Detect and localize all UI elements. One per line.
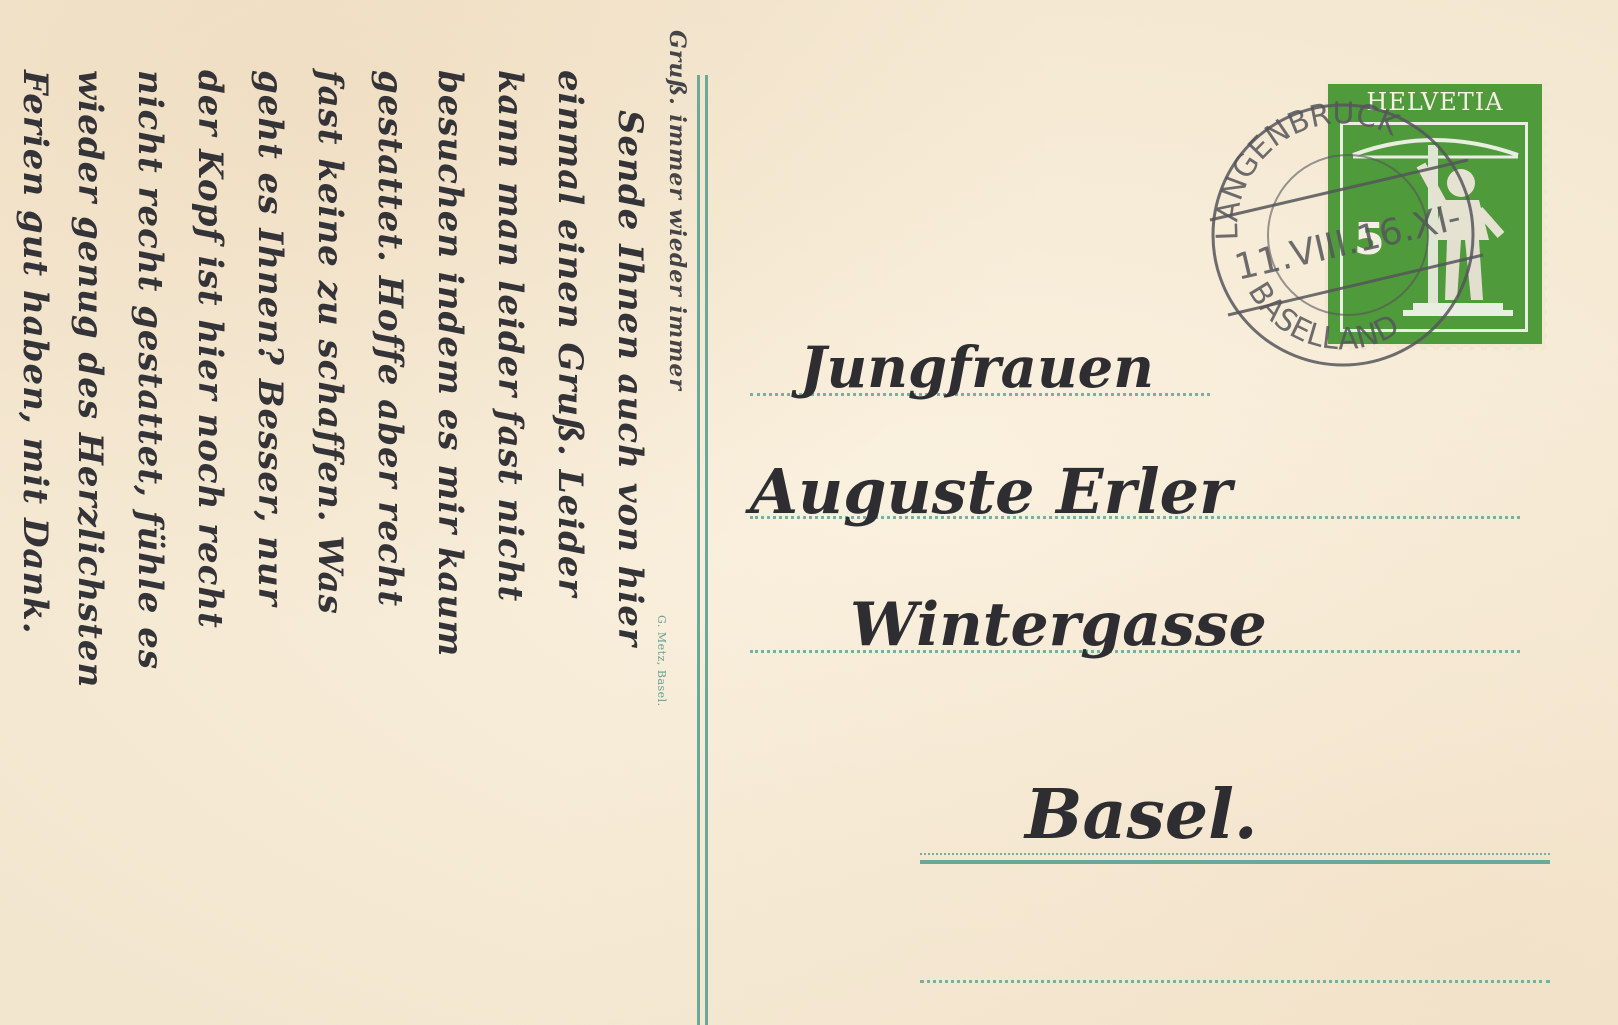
postmark-date: 11.VIII.16.XI- xyxy=(1231,197,1465,289)
address-rule xyxy=(920,980,1550,983)
message-column: besuchen indem es mir kaum xyxy=(430,70,470,657)
address-line-name: Auguste Erler xyxy=(750,455,1232,528)
message-top-line: Gruß. immer wieder immer xyxy=(664,30,690,391)
message-column: kann man leider fast nicht xyxy=(490,70,530,602)
message-column: wieder genug des Herzlichsten xyxy=(70,70,110,688)
message-column: der Kopf ist hier noch recht xyxy=(190,70,230,629)
address-rule-solid xyxy=(920,860,1550,864)
postcard: Gruß. immer wieder immer Sende Ihnen auc… xyxy=(0,0,1618,1025)
postmark-region: BASELLAND xyxy=(1241,276,1405,357)
message-column: einmal einen Gruß. Leider xyxy=(550,70,590,597)
message-column: gestattet. Hoffe aber recht xyxy=(370,70,410,607)
address-line-city: Basel. xyxy=(1025,775,1258,855)
message-column: Ferien gut haben, mit Dank. xyxy=(15,70,55,635)
center-divider xyxy=(697,75,708,1025)
message-column: nicht recht gestattet, fühle es xyxy=(130,70,170,670)
message-column: geht es Ihnen? Besser, nur xyxy=(250,70,290,606)
postmark-cancel: LANGENBRUCK BASELLAND 11.VIII.16.XI- xyxy=(1198,90,1488,380)
address-line-title: Jungfrauen xyxy=(800,335,1154,401)
svg-text:BASELLAND: BASELLAND xyxy=(1241,276,1405,357)
address-line-street: Wintergasse xyxy=(850,590,1267,660)
publisher-imprint: G. Metz, Basel. xyxy=(655,615,668,707)
message-column: Sende Ihnen auch von hier xyxy=(610,110,650,647)
message-column: fast keine zu schaffen. Was xyxy=(310,70,350,615)
